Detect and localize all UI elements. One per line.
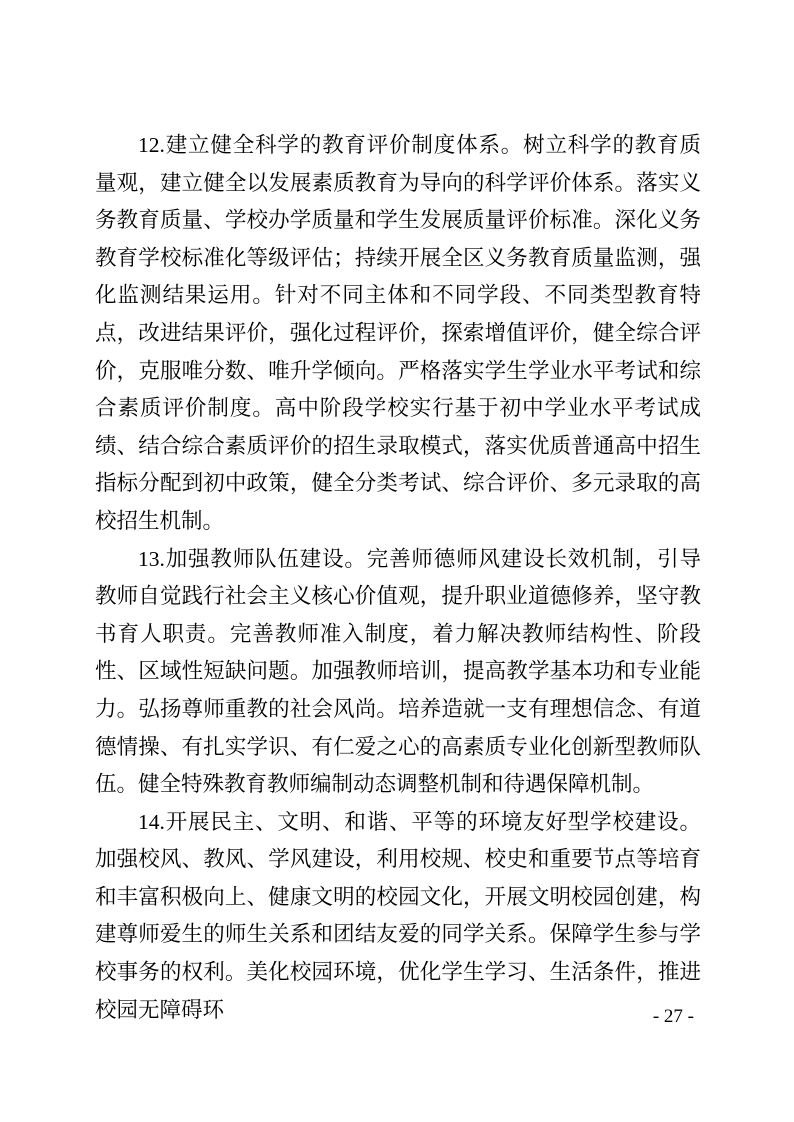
paragraph-item-12: 12.建立健全科学的教育评价制度体系。树立科学的教育质量观，建立健全以发展素质教… (95, 127, 701, 541)
document-page: 12.建立健全科学的教育评价制度体系。树立科学的教育质量观，建立健全以发展素质教… (0, 0, 794, 1122)
page-number: - 27 - (653, 1006, 694, 1027)
page-footer: - 27 - (653, 1002, 694, 1032)
paragraph-item-14: 14.开展民主、文明、和谐、平等的环境友好型学校建设。加强校风、教风、学风建设，… (95, 804, 701, 1030)
document-body: 12.建立健全科学的教育评价制度体系。树立科学的教育质量观，建立健全以发展素质教… (95, 127, 701, 1029)
paragraph-item-13: 13.加强教师队伍建设。完善师德师风建设长效机制，引导教师自觉践行社会主义核心价… (95, 541, 701, 804)
